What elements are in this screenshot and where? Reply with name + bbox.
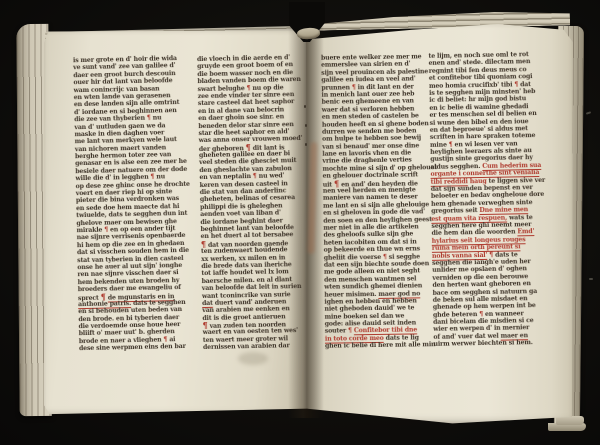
background-speck (589, 278, 593, 280)
right-page-column-2: te lijm, en noch sue oml te rotenen and'… (428, 51, 533, 348)
parchment-smudge (238, 352, 268, 365)
right-page-column-1: buere ente welker zee mer meemmerslee va… (321, 53, 427, 350)
background-speck (586, 111, 591, 114)
left-page-column-1: is mer grote en d' hoir die widave sunt … (73, 55, 193, 353)
left-page-column-2: die vloech in die aerde en d'gruyde een … (197, 54, 307, 352)
text-line: ghen ic belie di here mit alle min (325, 342, 427, 351)
manuscript-photo: is mer grote en d' hoir die widave sunt … (0, 0, 600, 445)
headband (297, 27, 321, 40)
